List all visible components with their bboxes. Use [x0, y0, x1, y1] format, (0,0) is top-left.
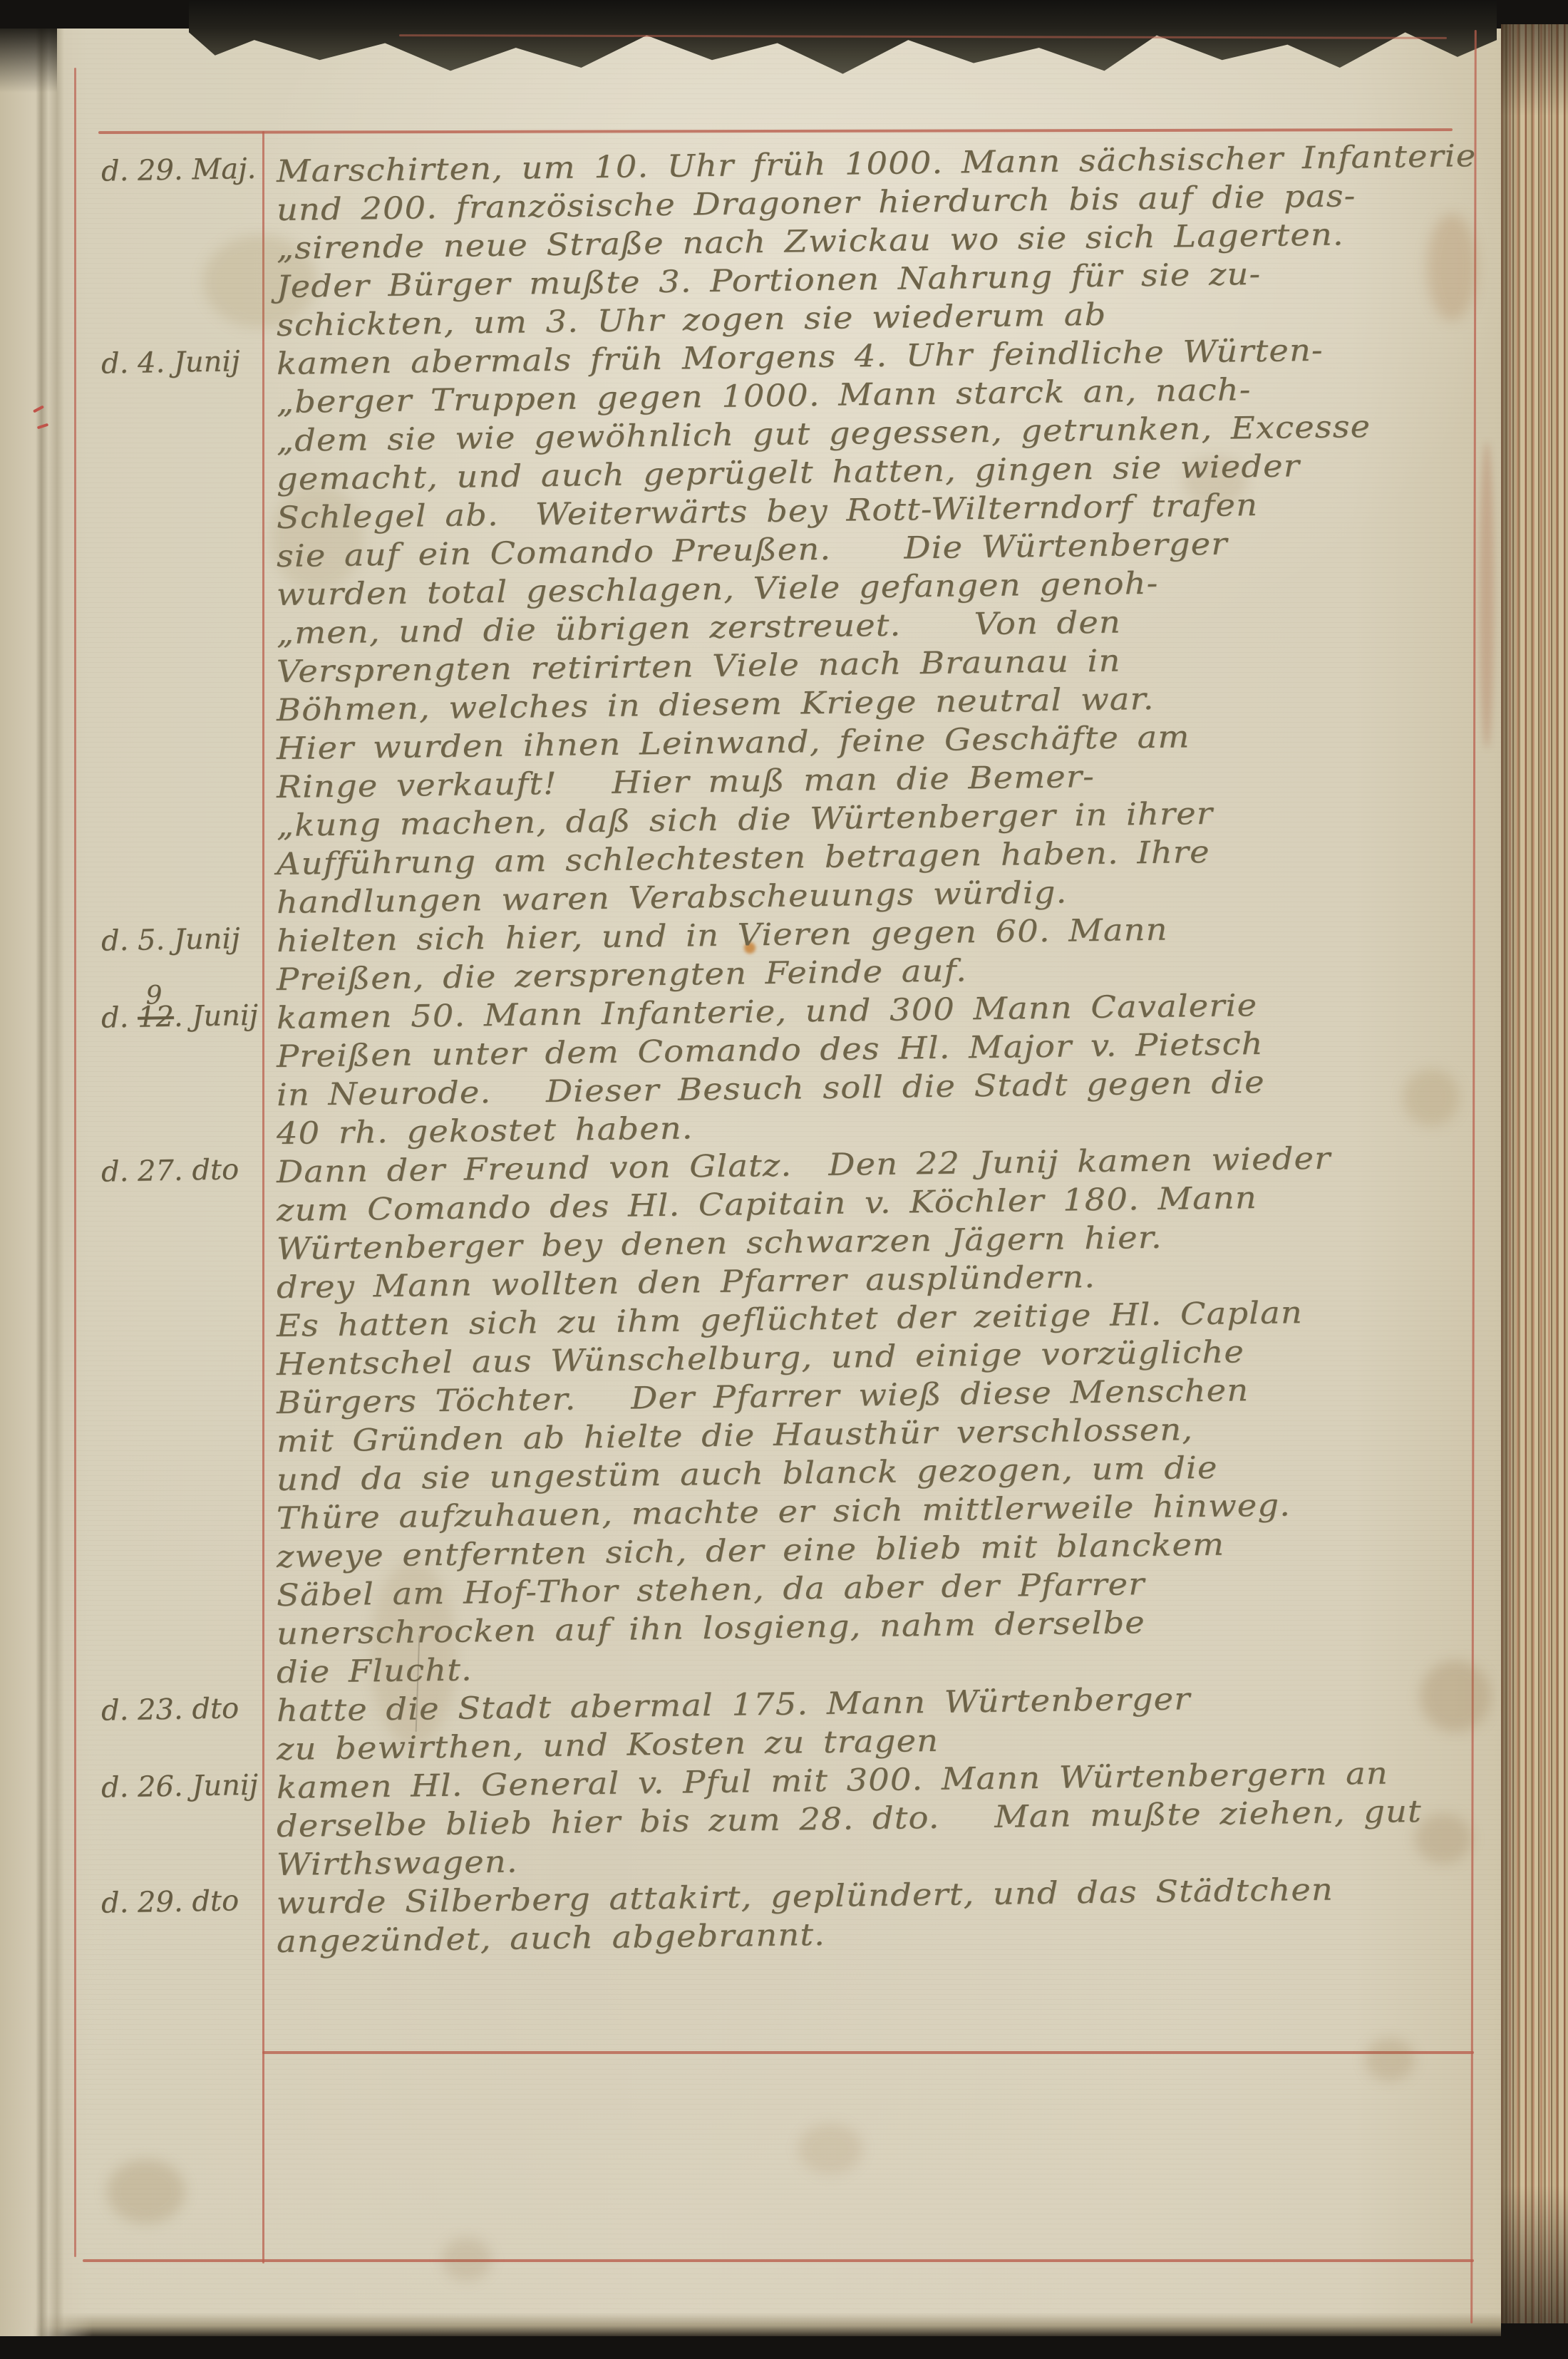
gutter-left	[0, 29, 93, 2336]
entry-date: d. 4. Junij	[86, 341, 277, 383]
red-rule-left	[74, 68, 76, 2257]
entry-row: d. 912. Junijkamen 50. Mann Infanterie, …	[86, 999, 1482, 1153]
entry-date: d. 29. dto	[86, 1881, 277, 1923]
corrected-date: 912	[138, 998, 175, 1037]
scanned-book-page: d. 29. Maj.Marschirten, um 10. Uhr früh …	[0, 0, 1568, 2359]
entry-date: d. 912. Junij	[86, 996, 277, 1038]
stain	[442, 2238, 492, 2281]
entry-text: Marschirten, um 10. Uhr früh 1000. Mann …	[277, 153, 1482, 345]
entry-text: wurde Silberberg attakirt, geplündert, u…	[277, 1884, 1482, 1961]
entry-row: d. 29. dtowurde Silberberg attakirt, gep…	[86, 1884, 1482, 1961]
stain	[1365, 2038, 1415, 2081]
stain	[107, 2159, 185, 2224]
stain	[798, 2124, 862, 2174]
red-rule-page-bottom	[83, 2259, 1474, 2262]
entry-text: kamen 50. Mann Infanterie, und 300 Mann …	[277, 999, 1482, 1153]
entry-text: Dann der Freund von Glatz. Den 22 Junij …	[277, 1153, 1482, 1692]
entry-text: kamen abermals früh Morgens 4. Uhr feind…	[277, 345, 1482, 922]
entry-date: d. 27. dto	[86, 1150, 277, 1192]
entry-date: d. 5. Junij	[86, 919, 277, 961]
entry-row: d. 26. Junijkamen Hl. General v. Pful mi…	[86, 1769, 1482, 1884]
red-rule-text-bottom	[262, 2051, 1474, 2054]
entry-date: d. 26. Junij	[86, 1765, 277, 1807]
entry-text: kamen Hl. General v. Pful mit 300. Mann …	[277, 1769, 1482, 1884]
entry-row: d. 29. Maj.Marschirten, um 10. Uhr früh …	[86, 153, 1482, 345]
gutter-top-shadow	[0, 29, 57, 93]
page-bottom-edge	[0, 2313, 1501, 2336]
entry-date: d. 29. Maj.	[86, 149, 277, 191]
entries: d. 29. Maj.Marschirten, um 10. Uhr früh …	[86, 153, 1482, 1961]
entry-row: d. 4. Junijkamen abermals früh Morgens 4…	[86, 345, 1482, 922]
entry-row: d. 27. dtoDann der Freund von Glatz. Den…	[86, 1153, 1482, 1692]
entry-date: d. 23. dto	[86, 1688, 277, 1730]
